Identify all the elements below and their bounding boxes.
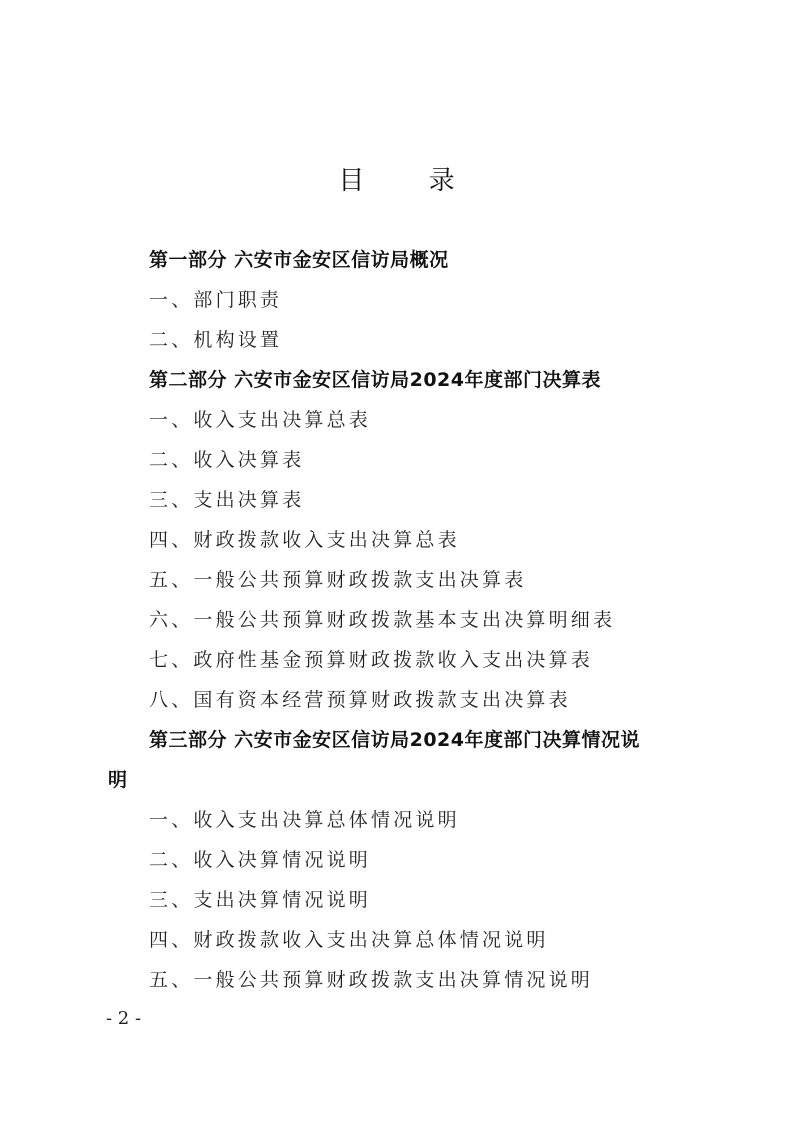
toc-item: 四、财政拨款收入支出决算总表 [108, 520, 708, 560]
toc-item: 三、支出决算情况说明 [108, 880, 708, 920]
toc-item: 八、国有资本经营预算财政拨款支出决算表 [108, 680, 708, 720]
toc-item: 一、部门职责 [108, 280, 708, 320]
toc-item: 三、支出决算表 [108, 480, 708, 520]
toc-item: 一、收入支出决算总体情况说明 [108, 800, 708, 840]
toc-part-1: 第一部分 六安市金安区信访局概况 [108, 240, 708, 280]
toc-item: 一、收入支出决算总表 [108, 400, 708, 440]
toc-part-3-continuation: 明 [108, 760, 708, 800]
toc-item: 五、一般公共预算财政拨款支出决算情况说明 [108, 960, 708, 1000]
toc-item: 五、一般公共预算财政拨款支出决算表 [108, 560, 708, 600]
toc-item: 二、收入决算情况说明 [108, 840, 708, 880]
toc-item: 七、政府性基金预算财政拨款收入支出决算表 [108, 640, 708, 680]
toc-part-3: 第三部分 六安市金安区信访局2024年度部门决算情况说 [108, 720, 708, 760]
toc-item: 二、机构设置 [108, 320, 708, 360]
table-of-contents: 第一部分 六安市金安区信访局概况 一、部门职责 二、机构设置 第二部分 六安市金… [108, 240, 708, 1000]
toc-item: 六、一般公共预算财政拨款基本支出决算明细表 [108, 600, 708, 640]
toc-part-2: 第二部分 六安市金安区信访局2024年度部门决算表 [108, 360, 708, 400]
page-number: - 2 - [106, 1008, 141, 1029]
toc-item: 四、财政拨款收入支出决算总体情况说明 [108, 920, 708, 960]
toc-item: 二、收入决算表 [108, 440, 708, 480]
toc-title: 目 录 [0, 160, 793, 197]
